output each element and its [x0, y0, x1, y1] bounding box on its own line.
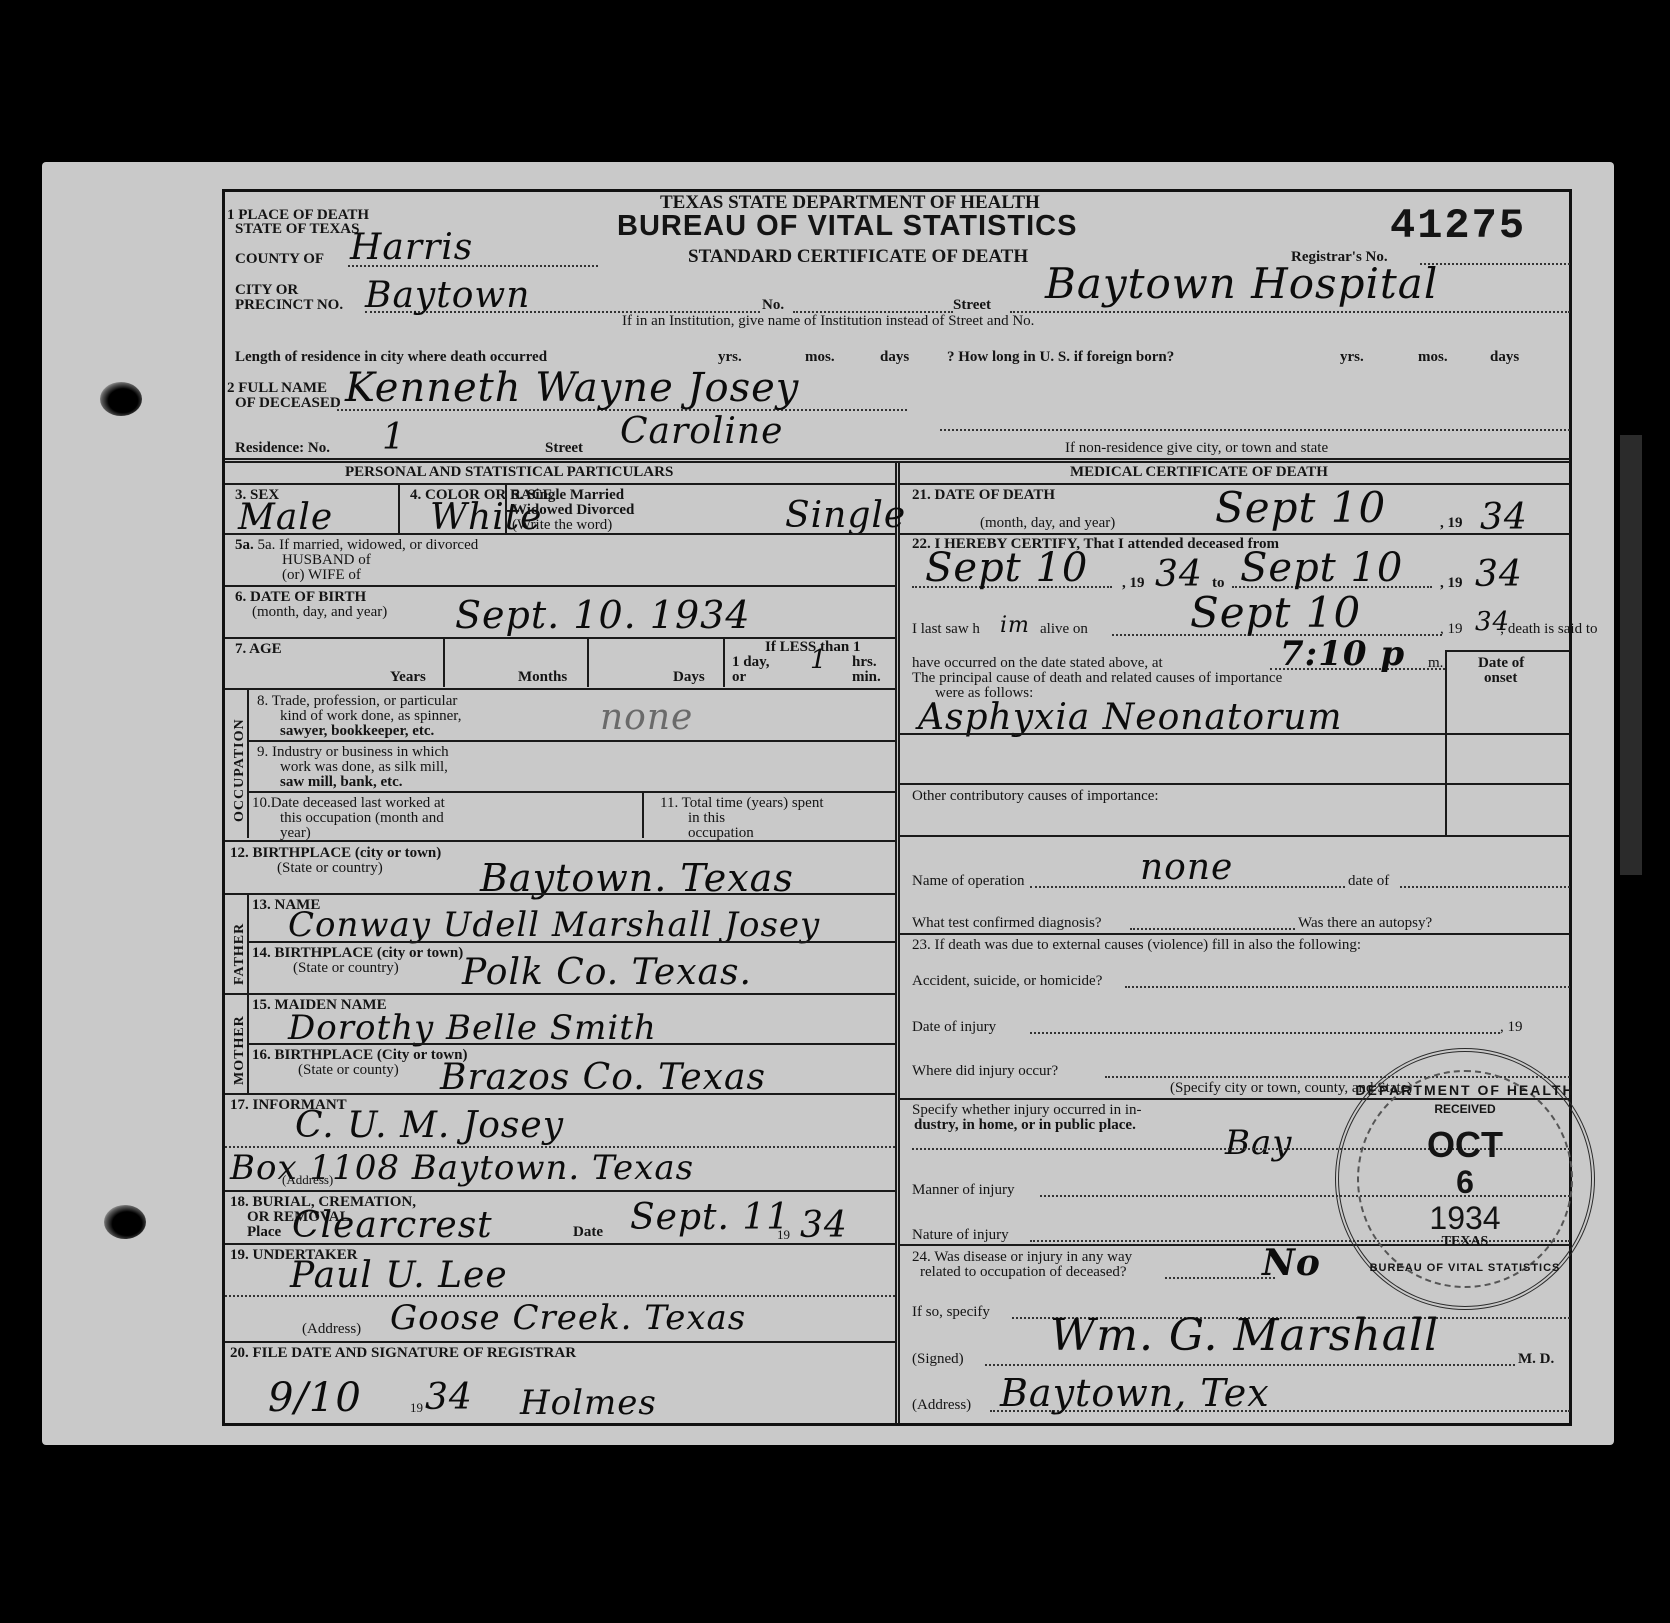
birthplace-label-1: 12. BIRTHPLACE (city or town): [230, 846, 441, 861]
injury-place-value: Bay: [1225, 1125, 1292, 1161]
dob-label-2: (month, day, and year): [252, 605, 387, 620]
father-name-value: Conway Udell Marshall Josey: [288, 907, 820, 943]
lastworked-label-2: this occupation (month and: [280, 811, 444, 826]
undertaker-address-value: Goose Creek. Texas: [390, 1300, 746, 1336]
state-of-texas-label: STATE OF TEXAS: [235, 222, 359, 237]
injury-date-label: Date of injury: [912, 1020, 996, 1035]
operation-value: none: [1140, 850, 1233, 886]
stamp-state: TEXAS: [1339, 1234, 1591, 1250]
date-of-line: [1400, 886, 1570, 888]
nonresidence-note: If non-residence give city, or town and …: [1065, 441, 1328, 456]
trade-label-1: 8. Trade, profession, or particular: [257, 694, 457, 709]
age-div-1: [443, 637, 445, 687]
manner-label: Manner of injury: [912, 1183, 1014, 1198]
onset-label-2: onset: [1484, 671, 1517, 686]
punch-hole-top: [100, 382, 142, 416]
line-personal-title: [225, 483, 895, 485]
lastsaw-value: Sept 10: [1190, 595, 1361, 631]
marital-label-2: Widowed Divorced: [512, 503, 634, 518]
residence-days: days: [880, 350, 909, 365]
external-label: 23. If death was due to external causes …: [912, 938, 1361, 953]
line-after-industry: [247, 791, 895, 793]
spouse-label-2: HUSBAND of: [282, 553, 371, 568]
occupational-line: [1165, 1277, 1275, 1279]
father-side-line: [247, 893, 249, 993]
registrar-year-value: 34: [425, 1380, 473, 1416]
mother-birthplace-label-1: 16. BIRTHPLACE (City or town): [252, 1048, 467, 1063]
medical-section-title: MEDICAL CERTIFICATE OF DEATH: [1070, 465, 1328, 480]
lastsaw-label-1: I last saw h: [912, 622, 980, 637]
injury-place-label-1: Specify whether injury occurred in in-: [912, 1103, 1142, 1118]
undertaker-name-value: Paul U. Lee: [290, 1258, 508, 1294]
injury-where-label: Where did injury occur?: [912, 1064, 1058, 1079]
months-label: Months: [518, 670, 567, 685]
operation-label: Name of operation: [912, 874, 1024, 889]
industry-label-2: work was done, as silk mill,: [280, 760, 448, 775]
line-mother-name: [247, 1043, 895, 1045]
city-value: Baytown: [365, 278, 530, 314]
line-after-sex: [225, 533, 895, 535]
hrs-label: hrs.: [852, 655, 877, 670]
dob-label-1: 6. DATE OF BIRTH: [235, 590, 366, 605]
cause-label-1: The principal cause of death and related…: [912, 671, 1282, 686]
attended-to-value: Sept 10: [1240, 550, 1403, 586]
column-divider: [895, 463, 900, 1423]
lastworked-label-3: year): [280, 826, 311, 841]
registrar-file-date: 9/10: [268, 1380, 362, 1416]
marital-value: Single: [785, 498, 906, 534]
informant-name-value: C. U. M. Josey: [295, 1108, 564, 1144]
contributory-label: Other contributory causes of importance:: [912, 789, 1159, 804]
onset-top-line: [1445, 650, 1570, 652]
burial-date-value: Sept. 11: [630, 1200, 790, 1236]
test-label: What test confirmed diagnosis?: [912, 916, 1102, 931]
occurred-label: have occurred on the date stated above, …: [912, 656, 1163, 671]
occupation-side-line: [247, 688, 249, 838]
accident-line: [1125, 986, 1570, 988]
stamp-top-text: DEPARTMENT OF HEALTH: [1339, 1082, 1591, 1098]
spouse-label-3: (or) WIFE of: [282, 568, 361, 583]
birthplace-value: Baytown. Texas: [480, 860, 794, 896]
personal-section-title: PERSONAL AND STATISTICAL PARTICULARS: [345, 465, 673, 480]
line-after-spouse: [225, 585, 895, 587]
birthplace-label-2: (State or country): [277, 861, 383, 876]
registrars-no-line: [1420, 263, 1570, 265]
mother-name-value: Dorothy Belle Smith: [288, 1010, 657, 1046]
age-label: 7. AGE: [235, 642, 282, 657]
marital-label-1: 5. Single Married: [512, 488, 624, 503]
burial-year-prefix: 19: [777, 1227, 790, 1242]
less-hrs-value: 1: [810, 642, 828, 678]
line-father-name: [247, 941, 895, 943]
signed-value: Wm. G. Marshall: [1050, 1318, 1439, 1354]
signed-line: [985, 1364, 1515, 1366]
marital-label-3: (Write the word): [512, 518, 612, 533]
race-marital-divider: [505, 483, 507, 533]
registrar-signature: Holmes: [520, 1385, 657, 1421]
line-cause-2: [900, 783, 1570, 785]
punch-hole-bottom: [104, 1205, 146, 1239]
street-label: Street: [953, 298, 991, 313]
lastworked-divider: [642, 791, 644, 838]
burial-place-value: Clearcrest: [292, 1208, 493, 1244]
full-name-label-1: 2 FULL NAME: [227, 381, 327, 396]
father-birthplace-value: Polk Co. Texas.: [462, 955, 752, 991]
sex-race-divider: [398, 483, 400, 533]
undertaker-line: [225, 1295, 895, 1297]
street-value: Baytown Hospital: [1045, 266, 1438, 302]
nonresidence-line: [940, 429, 1570, 431]
date-of-label: date of: [1348, 874, 1389, 889]
stamp-sub-text: RECEIVED: [1339, 1102, 1591, 1116]
totaltime-label-1: 11. Total time (years) spent: [660, 796, 824, 811]
min-label: min.: [852, 670, 881, 685]
occupation-side-label: OCCUPATION: [232, 718, 248, 822]
trade-value: none: [600, 700, 693, 736]
received-stamp: DEPARTMENT OF HEALTH RECEIVED OCT 6 1934…: [1335, 1048, 1595, 1310]
lastworked-label-1: 10.Date deceased last worked at: [252, 796, 445, 811]
less-label-3: or: [732, 670, 746, 685]
age-div-3: [723, 637, 725, 687]
trade-label-3: sawyer, bookkeeper, etc.: [280, 724, 434, 739]
line-after-contributory: [900, 835, 1570, 837]
page-tab-shadow: [1620, 435, 1642, 875]
form-title: STANDARD CERTIFICATE OF DEATH: [688, 246, 1028, 268]
attended-to-year: 34: [1475, 557, 1523, 593]
foreign-born-label: ? How long in U. S. if foreign born?: [947, 350, 1174, 365]
residence-no-value: 1: [382, 420, 406, 456]
onset-divider: [1445, 650, 1447, 835]
registrar-label: 20. FILE DATE AND SIGNATURE OF REGISTRAR: [230, 1346, 576, 1361]
lastsaw-pronoun: im: [1000, 608, 1030, 644]
residence-mos: mos.: [805, 350, 835, 365]
line-after-informant: [225, 1190, 895, 1192]
spouse-label-1: 5a. 5a. If married, widowed, or divorced: [235, 538, 478, 553]
burial-date-label: Date: [573, 1225, 603, 1240]
attended-to-year-prefix: , 19: [1440, 576, 1463, 591]
residence-yrs: yrs.: [718, 350, 742, 365]
full-name-label-2: OF DECEASED: [235, 396, 341, 411]
spouse-label-text: 5a. If married, widowed, or divorced: [258, 537, 479, 553]
father-side-label: FATHER: [232, 923, 248, 985]
trade-label-2: kind of work done, as spinner,: [280, 709, 461, 724]
certificate-number: 41275: [1390, 202, 1526, 250]
dod-label-2: (month, day, and year): [980, 516, 1115, 531]
dod-year: 34: [1480, 500, 1528, 536]
line-after-trade: [247, 740, 895, 742]
cause-value: Asphyxia Neonatorum: [918, 700, 1343, 736]
mother-birthplace-label-2: (State or county): [298, 1063, 399, 1078]
stamp-month: OCT: [1339, 1124, 1591, 1166]
death-said-label: ; death is said to: [1500, 622, 1598, 637]
occupational-value: No: [1262, 1245, 1321, 1281]
injury-place-label-2: dustry, in home, or in public place.: [914, 1118, 1136, 1133]
line-after-occupation: [225, 840, 895, 842]
years-label: Years: [390, 670, 426, 685]
stamp-bottom-text: BUREAU OF VITAL STATISTICS: [1339, 1262, 1591, 1274]
lastsaw-year-prefix: , 19: [1440, 622, 1463, 637]
dod-value: Sept 10: [1215, 490, 1386, 526]
lastsaw-label-2: alive on: [1040, 622, 1088, 637]
registrar-year-prefix: 19: [410, 1400, 423, 1415]
time-value: 7:10 p: [1280, 636, 1405, 672]
less-label-2: 1 day,: [732, 655, 770, 670]
burial-year-value: 34: [800, 1208, 848, 1244]
city-label-1: CITY OR: [235, 283, 298, 298]
injury-year-prefix: , 19: [1500, 1020, 1523, 1035]
county-value: Harris: [350, 230, 473, 266]
attended-from-year-prefix: , 19: [1122, 576, 1145, 591]
line-cause-1: [900, 733, 1570, 735]
residence-street-value: Caroline: [620, 414, 783, 450]
stamp-year: 1934: [1339, 1200, 1591, 1237]
time-suffix: m.: [1428, 656, 1443, 671]
sex-value: Male: [238, 500, 333, 536]
foreign-days: days: [1490, 350, 1519, 365]
burial-place-label: Place: [247, 1225, 281, 1240]
md-address-label: (Address): [912, 1398, 971, 1413]
institution-note: If in an Institution, give name of Insti…: [622, 314, 1034, 329]
line-after-mother: [225, 1093, 895, 1095]
accident-label: Accident, suicide, or homicide?: [912, 974, 1102, 989]
totaltime-label-3: occupation: [688, 826, 754, 841]
father-birthplace-label-2: (State or country): [293, 961, 399, 976]
onset-label-1: Date of: [1478, 656, 1524, 671]
county-label: COUNTY OF: [235, 252, 324, 267]
undertaker-address-label: (Address): [302, 1322, 361, 1337]
bureau-title: BUREAU OF VITAL STATISTICS: [617, 210, 1077, 243]
informant-address-label: (Address): [282, 1172, 333, 1187]
dob-value: Sept. 10. 1934: [455, 597, 751, 633]
ifso-label: If so, specify: [912, 1305, 990, 1320]
autopsy-label: Was there an autopsy?: [1298, 916, 1432, 931]
md-label: M. D.: [1518, 1352, 1554, 1367]
city-label-2: PRECINCT NO.: [235, 298, 343, 313]
street-line: [1010, 311, 1570, 313]
full-name-value: Kenneth Wayne Josey: [345, 370, 799, 406]
line-after-dod: [900, 533, 1570, 535]
totaltime-label-2: in this: [688, 811, 725, 826]
age-div-2: [587, 637, 589, 687]
industry-label-3: saw mill, bank, etc.: [280, 775, 403, 790]
signed-label: (Signed): [912, 1352, 964, 1367]
industry-label-1: 9. Industry or business in which: [257, 745, 449, 760]
days-label: Days: [673, 670, 705, 685]
foreign-mos: mos.: [1418, 350, 1448, 365]
residence-street-label: Street: [545, 441, 583, 456]
occupational-label-1: 24. Was disease or injury in any way: [912, 1250, 1132, 1265]
occupational-label-2: related to occupation of deceased?: [920, 1265, 1127, 1280]
mother-side-label: MOTHER: [232, 1015, 248, 1085]
foreign-yrs: yrs.: [1340, 350, 1364, 365]
line-after-father: [225, 993, 895, 995]
injury-date-line: [1030, 1032, 1500, 1034]
father-birthplace-label-1: 14. BIRTHPLACE (city or town): [252, 946, 463, 961]
mother-birthplace-value: Brazos Co. Texas: [440, 1060, 766, 1096]
spouse-label-num: 5a.: [235, 537, 254, 553]
residence-length-label: Length of residence in city where death …: [235, 350, 547, 365]
no-label: No.: [762, 298, 784, 313]
line-after-birthplace: [225, 893, 895, 895]
line-after-burial: [225, 1243, 895, 1245]
nature-label: Nature of injury: [912, 1228, 1009, 1243]
residence-no-label: Residence: No.: [235, 441, 330, 456]
md-address-value: Baytown, Tex: [1000, 1375, 1270, 1411]
line-after-test: [900, 933, 1570, 935]
line-after-undertaker: [225, 1341, 895, 1343]
line-after-age: [225, 688, 895, 690]
attended-from-value: Sept 10: [925, 550, 1088, 586]
dod-label-1: 21. DATE OF DEATH: [912, 488, 1055, 503]
dod-year-prefix: , 19: [1440, 516, 1463, 531]
test-line: [1130, 928, 1295, 930]
stamp-day: 6: [1339, 1164, 1591, 1201]
